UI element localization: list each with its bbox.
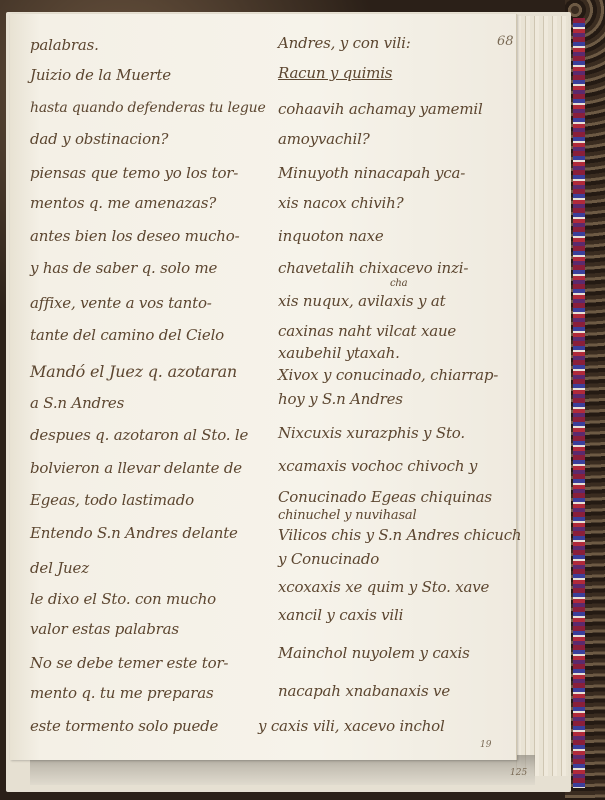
right-line: Conucinado Egeas chiquinas bbox=[278, 488, 492, 506]
marbled-page-edge bbox=[573, 18, 585, 788]
left-line: bolvieron a llevar delante de bbox=[30, 459, 242, 477]
right-line: Xivox y conucinado, chiarrap- bbox=[278, 366, 498, 384]
left-line: a S.n Andres bbox=[30, 394, 124, 412]
right-line: cohaavih achamay yamemil bbox=[278, 100, 483, 118]
left-line: palabras. bbox=[30, 36, 99, 54]
interlinear-note: cha bbox=[390, 278, 407, 289]
left-line: piensas que temo yo los tor- bbox=[30, 164, 238, 182]
left-line: le dixo el Sto. con mucho bbox=[30, 590, 216, 608]
right-line: xancil y caxis vili bbox=[278, 606, 403, 624]
book-cover-edge bbox=[565, 0, 605, 800]
page-edges bbox=[512, 16, 568, 776]
right-line: Andres, y con vili: bbox=[278, 34, 411, 52]
left-line: affixe, vente a vos tanto- bbox=[30, 294, 212, 312]
left-line: valor estas palabras bbox=[30, 620, 179, 638]
manuscript-page: 68 palabras. Juizio de la Muerte hasta q… bbox=[10, 14, 517, 760]
left-line: este tormento solo puede bbox=[30, 717, 218, 735]
left-line: No se debe temer este tor- bbox=[30, 654, 228, 672]
left-line: mento q. tu me preparas bbox=[30, 684, 213, 702]
right-line: Nixcuxis xurazphis y Sto. bbox=[278, 424, 465, 442]
right-line: xis nacox chivih? bbox=[278, 194, 403, 212]
right-line: y caxis vili, xacevo inchol bbox=[258, 717, 445, 735]
left-line: Egeas, todo lastimado bbox=[30, 491, 194, 509]
right-line: xcoxaxis xe quim y Sto. xave bbox=[278, 578, 489, 596]
folio-note: 19 bbox=[480, 740, 491, 750]
margin-folio-note: 125 bbox=[510, 768, 527, 778]
page-number: 68 bbox=[497, 34, 514, 49]
right-line: chavetalih chixacevo inzi- bbox=[278, 259, 468, 277]
right-line: xis nuqux, avilaxis y at bbox=[278, 292, 445, 310]
left-line: hasta quando defenderas tu legue bbox=[30, 100, 266, 116]
left-line: despues q. azotaron al Sto. le bbox=[30, 426, 248, 444]
right-line: chinuchel y nuvihasal bbox=[278, 508, 416, 523]
left-line: dad y obstinacion? bbox=[30, 130, 168, 148]
right-line: amoyvachil? bbox=[278, 130, 370, 148]
right-line: hoy y S.n Andres bbox=[278, 390, 403, 408]
right-line: Minuyoth ninacapah yca- bbox=[278, 164, 465, 182]
left-line: mentos q. me amenazas? bbox=[30, 194, 216, 212]
right-line: Vilicos chis y S.n Andres chicuch bbox=[278, 526, 521, 544]
left-line: del Juez bbox=[30, 559, 89, 577]
right-line: inquoton naxe bbox=[278, 227, 384, 245]
right-line-heading: Racun y quimis bbox=[278, 64, 392, 82]
left-line: tante del camino del Cielo bbox=[30, 326, 224, 344]
left-line: antes bien los deseo mucho- bbox=[30, 227, 239, 245]
left-line: Entendo S.n Andres delante bbox=[30, 524, 238, 542]
left-line: Mandó el Juez q. azotaran bbox=[30, 362, 237, 381]
right-line: nacapah xnabanaxis ve bbox=[278, 682, 450, 700]
right-line: Mainchol nuyolem y caxis bbox=[278, 644, 470, 662]
right-line: caxinas naht vilcat xaue bbox=[278, 322, 456, 340]
left-line: y has de saber q. solo me bbox=[30, 259, 217, 277]
left-line: Juizio de la Muerte bbox=[30, 66, 171, 84]
right-line: xaubehil ytaxah. bbox=[278, 344, 400, 362]
right-line: xcamaxis vochoc chivoch y bbox=[278, 457, 477, 475]
right-line: y Conucinado bbox=[278, 550, 379, 568]
